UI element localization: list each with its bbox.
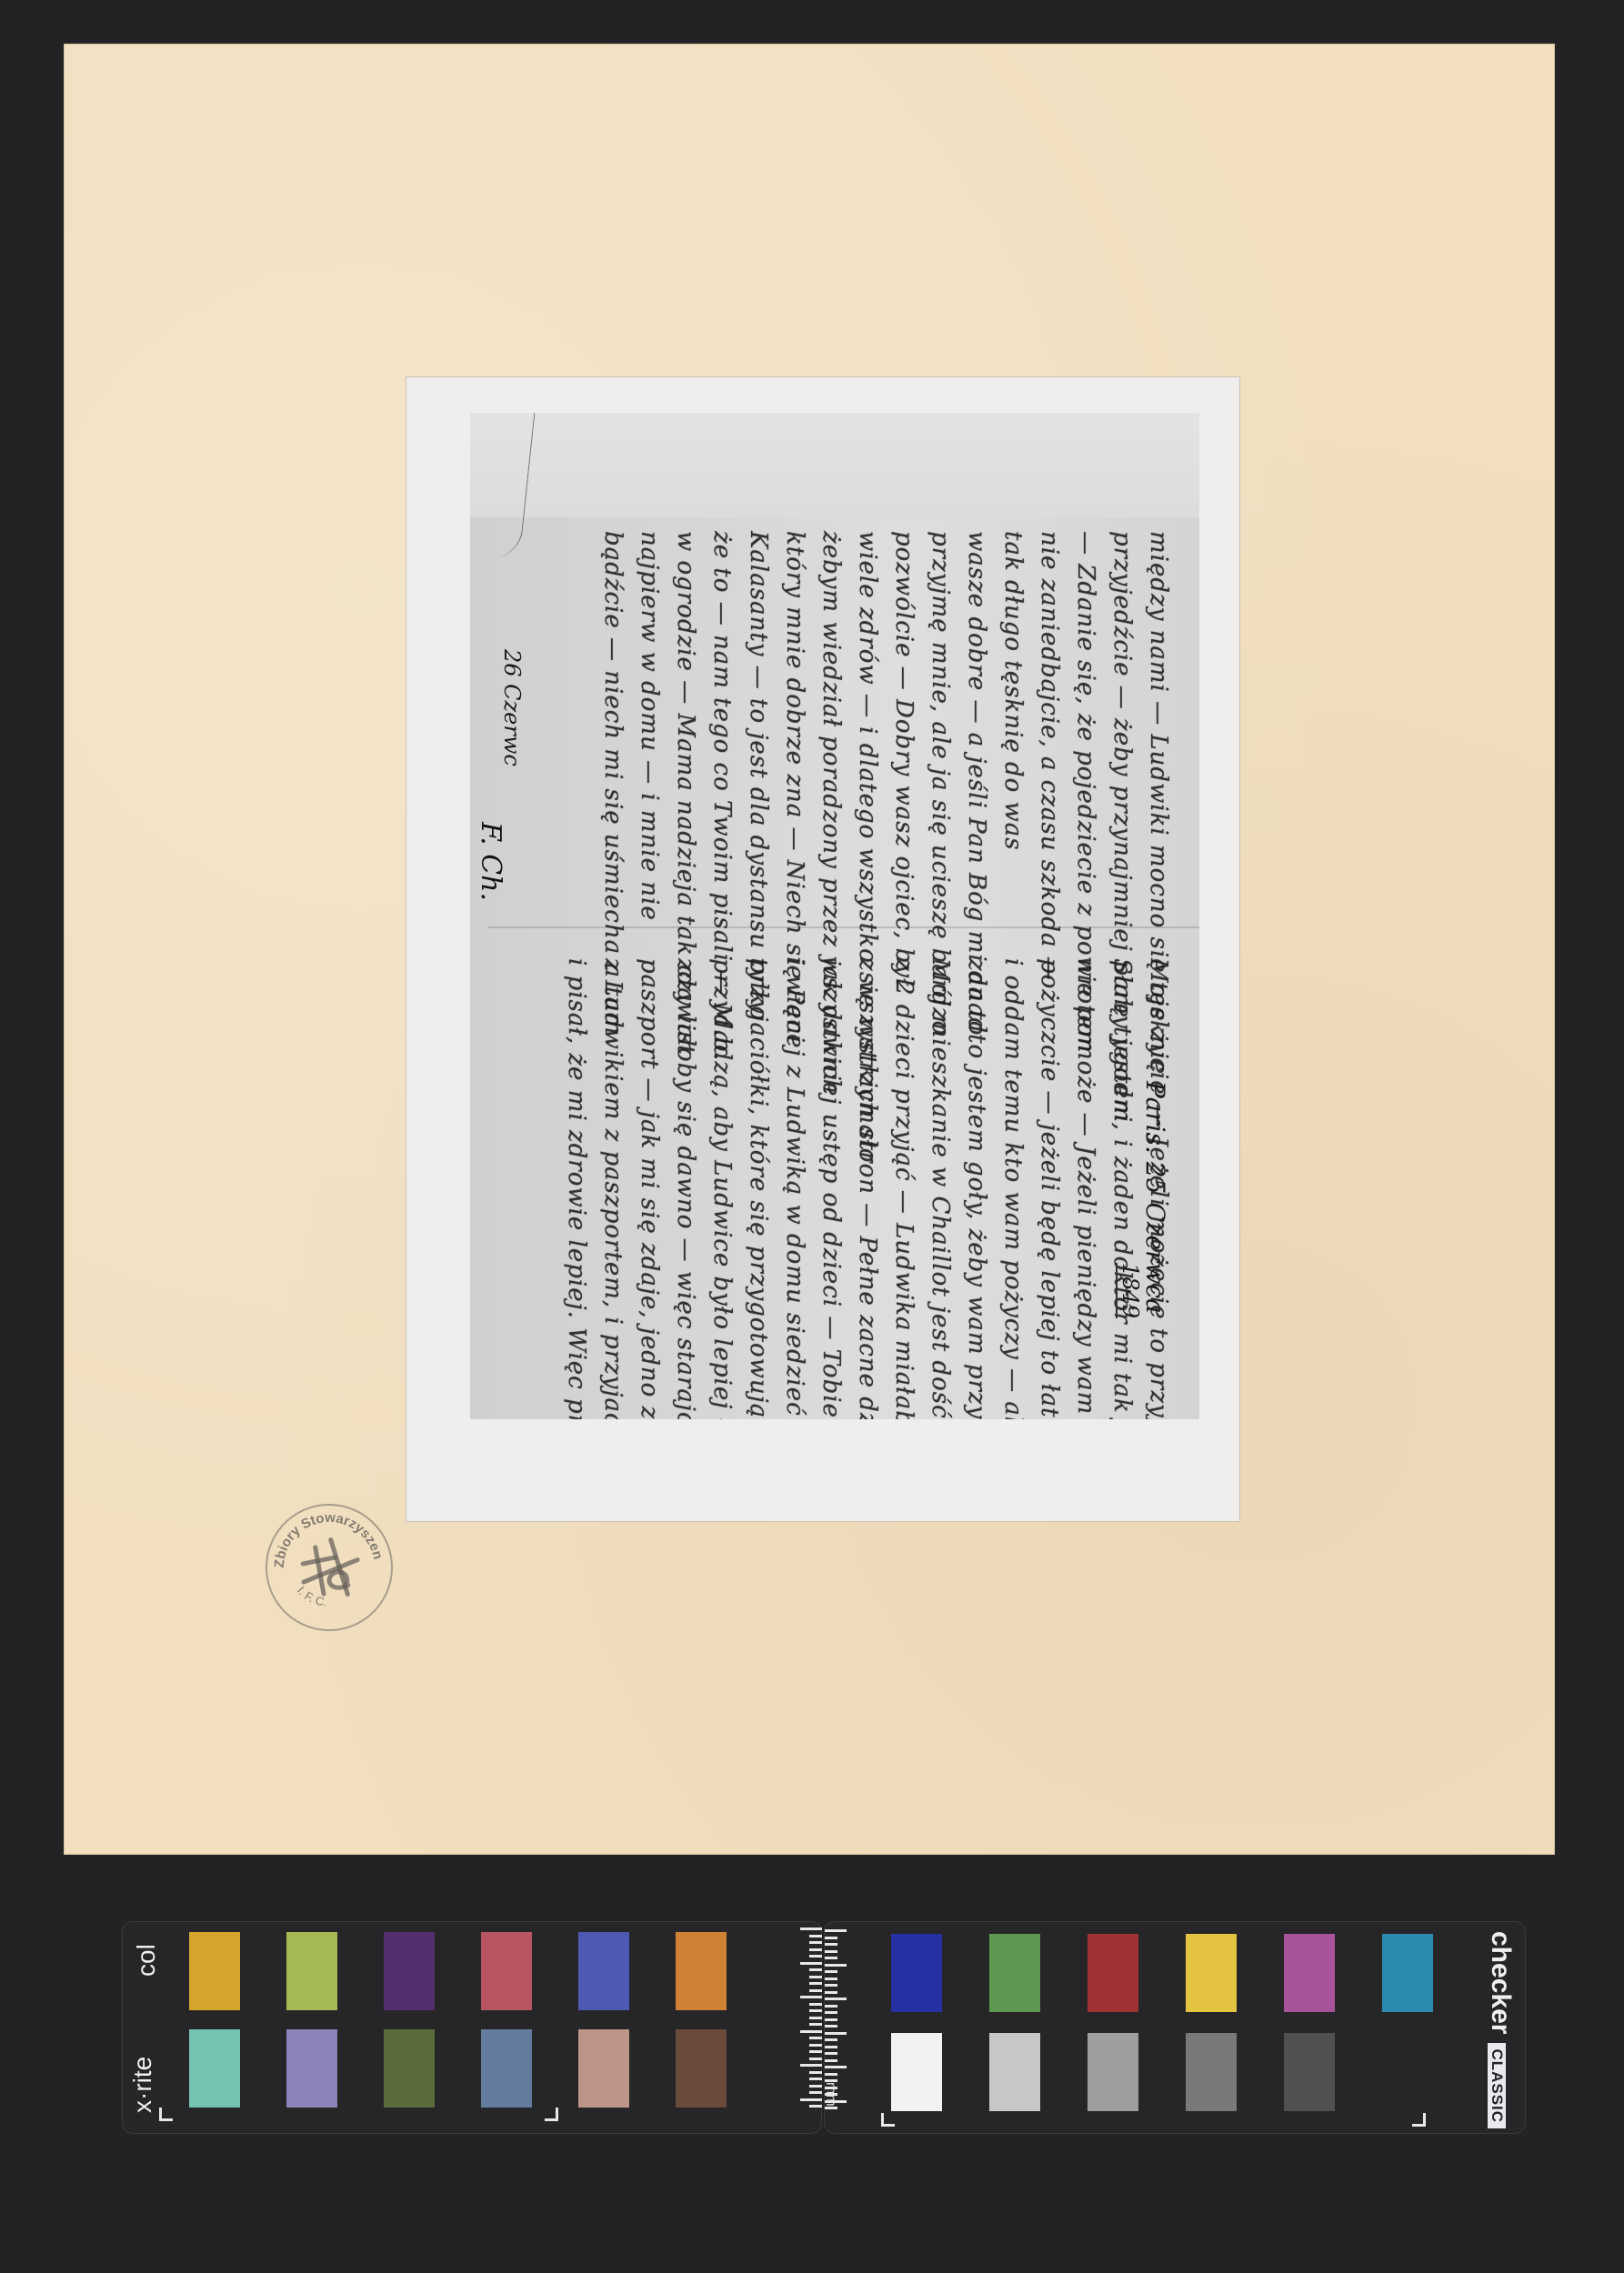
letter-right-page: Moje życie — Jeżeli możecie to przyjedźc… bbox=[558, 958, 1177, 1413]
ruler-tick bbox=[825, 1937, 837, 1939]
ruler-mm-label: mm bbox=[822, 2082, 838, 2107]
handwritten-line: że to — nam tego co Twoim pisali — M.b. bbox=[704, 531, 740, 922]
ruler-tick bbox=[825, 1998, 847, 2000]
color-patch bbox=[676, 2029, 727, 2108]
handwritten-line: w ogrodzie — Mama nadzieja tak czy list bbox=[667, 531, 704, 922]
color-checker-right-card: checkerCLASSIC bbox=[824, 1921, 1526, 2134]
handwritten-line: najpierw w domu — i mnie nie bbox=[631, 531, 667, 922]
ruler-tick bbox=[800, 2098, 822, 2101]
handwritten-line: nie zaniedbajcie, a czasu szkoda — bbox=[1031, 531, 1068, 922]
handwritten-line: paszport — jak mi się zdaje, jedno z pie… bbox=[631, 958, 667, 1413]
handwritten-line: Kalasanty — to jest dla dystansu tylko bbox=[740, 531, 777, 922]
handwritten-line: i więcej z Ludwiką w domu siedzieć będę … bbox=[777, 958, 813, 1413]
photo-upper-margin bbox=[470, 413, 1199, 517]
stamp-top-text: Zbiory Stowarzyszenia bbox=[259, 1497, 386, 1576]
ruler-tick bbox=[825, 2052, 837, 2055]
color-patch bbox=[286, 1932, 337, 2010]
ruler-tick bbox=[800, 2064, 822, 2067]
color-patch bbox=[286, 2029, 337, 2108]
handwritten-line: Słaby jestem, i żaden doktór mi tak jak … bbox=[1104, 958, 1140, 1413]
ruler-tick bbox=[809, 2058, 822, 2060]
color-patch bbox=[578, 2029, 629, 2108]
color-patch bbox=[1284, 1934, 1335, 2012]
ruler-tick bbox=[809, 2023, 822, 2026]
ruler-tick bbox=[800, 1928, 822, 1930]
ruler-tick bbox=[809, 2105, 822, 2108]
handwritten-line: tak długo tęsknię do was bbox=[995, 531, 1031, 922]
ruler-tick bbox=[809, 2044, 822, 2047]
color-patch bbox=[1186, 2033, 1237, 2111]
ruler-tick bbox=[809, 1968, 822, 1971]
handwritten-line: z wszystkich stron — Pełne zacne dzieci bbox=[849, 958, 886, 1413]
checker-word: checker bbox=[1486, 1931, 1516, 2034]
ruler-tick bbox=[809, 1989, 822, 1992]
ruler-tick bbox=[809, 1976, 822, 1978]
handwritten-line: który mnie dobrze zna — Niech się Pani bbox=[777, 531, 813, 922]
ruler-tick bbox=[825, 1964, 847, 1967]
handwritten-line: zanadto jestem goły, żeby wam przysłać. bbox=[958, 958, 995, 1413]
stamp-ring-text-icon: Zbiory Stowarzyszenia I. F. C. bbox=[259, 1497, 399, 1637]
handwritten-line: wiele zdrów — i dlatego wszystko się wst… bbox=[849, 531, 886, 922]
handwritten-line: przydadzą, aby Ludwice było lepiej — bbox=[704, 958, 740, 1413]
ruler-tick bbox=[825, 1991, 837, 1994]
color-patch bbox=[891, 2033, 942, 2111]
xrite-logo-text: x·rite bbox=[128, 2057, 157, 2113]
ruler-tick bbox=[809, 2085, 822, 2088]
color-patch bbox=[189, 1932, 240, 2010]
ruler-tick bbox=[825, 2018, 837, 2021]
ruler-tick bbox=[825, 1970, 837, 1973]
color-patch bbox=[1382, 1934, 1433, 2012]
color-patch bbox=[989, 1934, 1040, 2012]
color-patch bbox=[1186, 1934, 1237, 2012]
ruler-tick bbox=[825, 1929, 847, 1932]
ruler-tick bbox=[809, 1948, 822, 1951]
ruler-tick bbox=[800, 1996, 822, 1998]
ruler-tick bbox=[800, 1962, 822, 1965]
handwritten-line: zdawałoby się dawno — więc starajcie się bbox=[667, 958, 704, 1413]
color-patch bbox=[189, 2029, 240, 2108]
handwritten-line: — Zdanie się, że pojedziecie z powrotem bbox=[1068, 531, 1104, 922]
handwritten-line: bądźcie — niech mi się uśmiecha a tam bbox=[595, 531, 631, 922]
classic-badge: CLASSIC bbox=[1488, 2043, 1506, 2128]
ruler-tick bbox=[809, 2050, 822, 2053]
handwritten-line: pożyczcie — jeżeli będę lepiej to łatwo … bbox=[1031, 958, 1068, 1413]
ruler-tick bbox=[809, 1935, 822, 1938]
handwritten-line: jak dawniej ustęp od dzieci — Tobie mąż bbox=[813, 958, 849, 1413]
ruler-tick bbox=[825, 2011, 837, 2014]
color-patch bbox=[384, 1932, 435, 2010]
letter-photograph: między nami — Ludwiki mocno się tęsknięp… bbox=[470, 413, 1199, 1419]
colorchecker-brand-text: checkerCLASSIC bbox=[1485, 1931, 1516, 2128]
color-checker-left-card: col x·rite bbox=[122, 1921, 822, 2134]
handwritten-line: przyjedźcie — żeby przynajmniej parę tyg… bbox=[1104, 531, 1140, 922]
archive-stamp: Zbiory Stowarzyszenia I. F. C. bbox=[257, 1496, 401, 1639]
ruler-tick bbox=[809, 2091, 822, 2094]
ruler-tick bbox=[825, 2032, 847, 2035]
colorchecker-brand-fragment: col bbox=[132, 1944, 161, 1977]
svg-text:Zbiory Stowarzyszenia: Zbiory Stowarzyszenia bbox=[259, 1497, 386, 1576]
ruler-tick bbox=[809, 1941, 822, 1944]
ruler-tick bbox=[809, 2003, 822, 2006]
handwritten-line: i pisał, że mi zdrowie lepiej. Więc przy… bbox=[558, 958, 595, 1413]
handwritten-line: pozwólcie — Dobry wasz ojciec, był bbox=[886, 531, 922, 922]
handwritten-line: przyjaciółki, które się przygotowują tyl… bbox=[740, 958, 777, 1413]
handwritten-line: przyjmę mnie, ale ja się ucieszę bardzo bbox=[922, 531, 958, 922]
ruler-tick bbox=[825, 2038, 837, 2041]
ruler-tick bbox=[825, 2046, 837, 2048]
ruler-tick bbox=[825, 2073, 837, 2076]
handwritten-line: nie pomoże — Jeżeli pieniędzy wam brak t… bbox=[1068, 958, 1104, 1413]
color-patch bbox=[1382, 2033, 1433, 2111]
corner-mark bbox=[1412, 2113, 1426, 2127]
ruler-tick bbox=[809, 2037, 822, 2039]
ruler-tick bbox=[809, 1955, 822, 1958]
handwritten-line: z Ludwikiem z paszportem, i przyjaciel, bbox=[595, 958, 631, 1413]
letter-left-page: między nami — Ludwiki mocno się tęsknięp… bbox=[595, 531, 1177, 922]
ruler-tick bbox=[825, 2025, 837, 2028]
color-patch bbox=[891, 1934, 942, 2012]
color-patch bbox=[1284, 2033, 1335, 2111]
corner-mark bbox=[881, 2113, 895, 2127]
handwritten-line: wasze dobre — a jeśli Pan Bóg mi da to bbox=[958, 531, 995, 922]
cardboard-mount: między nami — Ludwiki mocno się tęsknięp… bbox=[64, 44, 1555, 1855]
ruler-tick bbox=[825, 1957, 837, 1959]
color-patch bbox=[676, 1932, 727, 2010]
color-patch bbox=[578, 1932, 629, 2010]
ruler-tick bbox=[809, 2009, 822, 2012]
ruler-tick bbox=[809, 1982, 822, 1985]
letter-signature: F. Ch. bbox=[475, 822, 506, 901]
ruler-tick bbox=[825, 1943, 837, 1946]
color-patch bbox=[481, 2029, 532, 2108]
letter-place-date: Paris. 25 Czerwca bbox=[1140, 1081, 1170, 1314]
handwritten-line: Mój mieszkanie w Chaillot jest dość duże… bbox=[922, 958, 958, 1413]
ruler-tick bbox=[825, 1978, 837, 1980]
corner-mark bbox=[545, 2108, 558, 2121]
color-patch bbox=[384, 2029, 435, 2108]
letter-inner-date: 26 Czerwc bbox=[499, 649, 525, 766]
photo-print: między nami — Ludwiki mocno się tęsknięp… bbox=[406, 376, 1240, 1522]
handwritten-line: z 2 dzieci przyjąć — Ludwika miałaby z p… bbox=[886, 958, 922, 1413]
handwritten-line: i oddam temu kto wam pożyczy — ale teraz bbox=[995, 958, 1031, 1413]
ruler-tick bbox=[825, 1950, 837, 1953]
color-patch bbox=[989, 2033, 1040, 2111]
color-patch bbox=[1088, 2033, 1138, 2111]
ruler-tick bbox=[800, 2030, 822, 2033]
color-patch bbox=[481, 1932, 532, 2010]
handwritten-line: między nami — Ludwiki mocno się tęsknię bbox=[1140, 531, 1177, 922]
letter-year: 1849 bbox=[1116, 1263, 1143, 1318]
handwritten-line: żebym wiedział poradzony przez wszystkic… bbox=[813, 531, 849, 922]
ruler-tick bbox=[825, 1984, 837, 1987]
corner-mark bbox=[159, 2108, 173, 2121]
color-patch bbox=[1088, 1934, 1138, 2012]
ruler-tick bbox=[809, 2071, 822, 2074]
ruler-tick bbox=[825, 2005, 837, 2008]
ruler-tick bbox=[825, 2066, 847, 2068]
ruler-tick bbox=[809, 2017, 822, 2019]
ruler-tick bbox=[825, 2059, 837, 2062]
ruler-tick bbox=[825, 2107, 837, 2109]
ruler-tick bbox=[809, 2078, 822, 2080]
